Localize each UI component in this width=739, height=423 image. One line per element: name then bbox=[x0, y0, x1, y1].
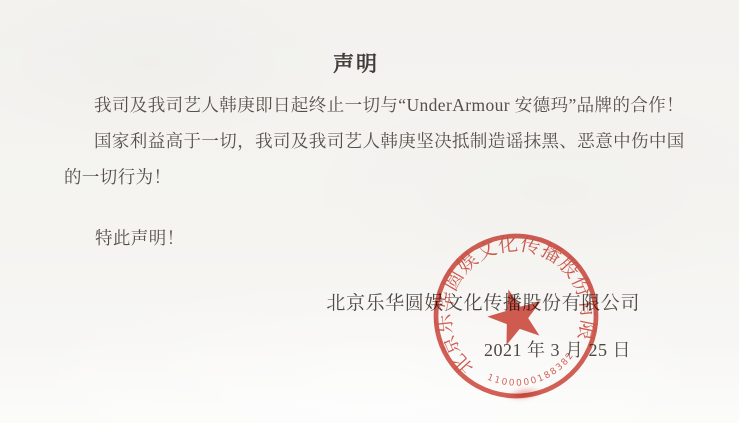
official-red-seal: 北京乐华圆娱文化传播股份有限公司 1100000188382 bbox=[430, 230, 602, 402]
closing-statement: 特此声明！ bbox=[95, 225, 185, 250]
seal-graphic: 北京乐华圆娱文化传播股份有限公司 1100000188382 bbox=[430, 230, 602, 402]
body-line-3: 的一切行为！ bbox=[64, 164, 171, 189]
seal-star-icon bbox=[482, 282, 550, 348]
body-line-1: 我司及我司艺人韩庚即日起终止一切与“UnderArmour 安德玛”品牌的合作！ bbox=[94, 92, 684, 117]
body-line-2: 国家利益高于一切，我司及我司艺人韩庚坚决抵制造谣抹黑、恶意中伤中国 bbox=[94, 128, 685, 153]
document-title: 声明 bbox=[64, 48, 648, 78]
statement-document-page: 声明 我司及我司艺人韩庚即日起终止一切与“UnderArmour 安德玛”品牌的… bbox=[0, 0, 739, 423]
